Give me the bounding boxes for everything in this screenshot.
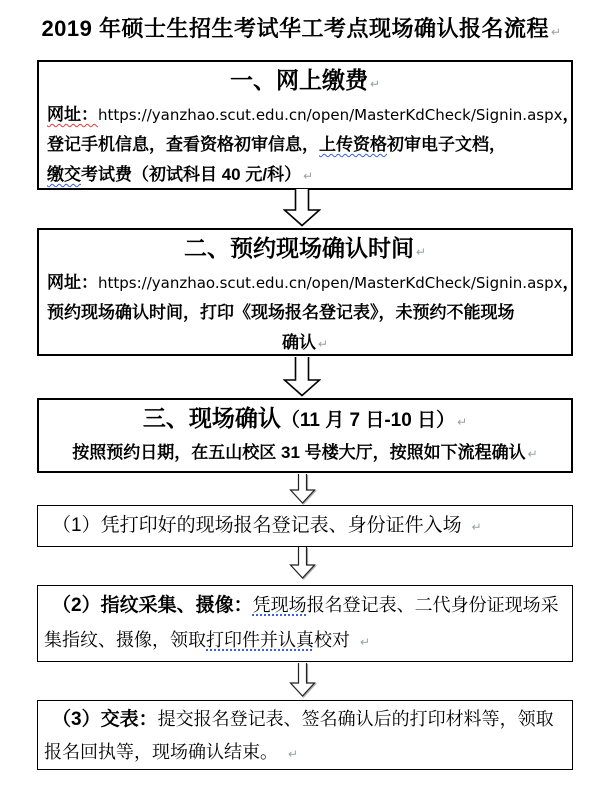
paragraph-mark-icon: ↵ — [416, 236, 426, 268]
substep3-lead: （3）交表： — [52, 709, 158, 730]
down-arrow-icon — [289, 547, 317, 584]
step3-body: 按照预约日期，在五山校区 31 号楼大厅，按照如下流程确认↵ — [39, 439, 571, 468]
down-arrow-icon — [283, 357, 321, 402]
paragraph-mark-icon: ↵ — [303, 161, 313, 191]
paragraph-mark-icon: ↵ — [457, 405, 467, 439]
step2-body-line2: 预约现场确认时间，打印《现场报名登记表》，未预约不能现场 — [39, 298, 571, 328]
substep2-text: （2）指纹采集、摄像：凭现场报名登记表、二代身份证现场采集指纹、摄像，领取打印件… — [38, 586, 572, 659]
step1-heading: 一、网上缴费↵ — [39, 64, 571, 100]
substep3-seg-a: 提交报名登记表、签名确认后的打印材料等，领 — [158, 709, 536, 729]
substep-box-submit-form: （3）交表：提交报名登记表、签名确认后的打印材料等，领取报名回执等，现场确认结束… — [37, 700, 573, 770]
spellcheck-flagged-text: 缴交 — [47, 165, 81, 184]
paragraph-mark-icon: ↵ — [464, 516, 482, 538]
grammar-flagged-text: 凭现场 — [253, 595, 307, 615]
paragraph-mark-icon: ↵ — [370, 68, 380, 100]
substep2-seg-c: 校对 — [314, 630, 350, 650]
substep-box-entry: （1）凭打印好的现场报名登记表、身份证件入场↵ — [37, 505, 573, 547]
step3-heading-text: 三、现场确认 — [143, 405, 281, 431]
substep2-seg-a: 报名登记表、二代身份证现场 — [307, 595, 541, 615]
step2-line3-text: 确认 — [282, 333, 316, 352]
page-title-text: 2019 年硕士生招生考试华工考点现场确认报名流程 — [41, 16, 549, 41]
grammar-flagged-text: 打印件并认真 — [206, 630, 314, 650]
registration-url: https://yanzhao.scut.edu.cn/open/MasterK… — [98, 106, 562, 124]
step1-line3-text: 考试费（初试科目 40 元/科） — [81, 165, 301, 184]
substep1-text-line: （1）凭打印好的现场报名登记表、身份证件入场↵ — [38, 515, 488, 538]
step2-heading-text: 二、预约现场确认时间 — [184, 235, 414, 261]
step1-line2-text: 登记手机信息，查看资格初审信息， — [47, 135, 319, 154]
down-arrow-icon — [283, 189, 321, 232]
step1-line2-rest: 初审电子文档， — [387, 135, 506, 154]
step2-body-line3: 确认↵ — [39, 328, 571, 359]
paragraph-mark-icon: ↵ — [352, 625, 370, 659]
substep1-text: （1）凭打印好的现场报名登记表、身份证件入场 — [52, 515, 462, 536]
substep-box-fingerprint-photo: （2）指纹采集、摄像：凭现场报名登记表、二代身份证现场采集指纹、摄像，领取打印件… — [37, 585, 573, 662]
paragraph-mark-icon: ↵ — [528, 440, 538, 468]
page-title: 2019 年硕士生招生考试华工考点现场确认报名流程↵ — [0, 12, 603, 43]
url-label: 网址： — [47, 273, 98, 292]
paragraph-mark-icon: ↵ — [280, 738, 298, 770]
step3-body-text: 按照预约日期，在五山校区 31 号楼大厅，按照如下流程确认 — [72, 443, 525, 462]
step-box-onsite-confirmation: 三、现场确认（11 月 7 日-10 日）↵ 按照预约日期，在五山校区 31 号… — [37, 398, 573, 473]
registration-url: https://yanzhao.scut.edu.cn/open/MasterK… — [98, 274, 562, 292]
paragraph-mark-icon: ↵ — [551, 25, 562, 39]
step1-body-line2: 登记手机信息，查看资格初审信息，上传资格初审电子文档， — [39, 130, 571, 160]
step2-heading: 二、预约现场确认时间↵ — [39, 232, 571, 268]
comma: ， — [562, 273, 579, 292]
step3-heading-date: （11 月 7 日-10 日） — [281, 410, 455, 431]
down-arrow-icon — [289, 663, 317, 702]
url-label: 网址： — [47, 105, 98, 124]
step1-heading-text: 一、网上缴费 — [230, 67, 368, 93]
substep3-text: （3）交表：提交报名登记表、签名确认后的打印材料等，领取报名回执等，现场确认结束… — [38, 701, 572, 770]
spellcheck-flagged-text: 上传资格 — [319, 135, 387, 154]
document-page: 2019 年硕士生招生考试华工考点现场确认报名流程↵ 一、网上缴费↵ 网址：ht… — [0, 0, 603, 788]
step2-url-line: 网址：https://yanzhao.scut.edu.cn/open/Mast… — [39, 268, 571, 298]
paragraph-mark-icon: ↵ — [318, 329, 328, 359]
step3-heading: 三、现场确认（11 月 7 日-10 日）↵ — [39, 401, 571, 439]
comma: ， — [562, 105, 579, 124]
substep2-lead: （2）指纹采集、摄像： — [52, 595, 253, 616]
down-arrow-icon — [289, 474, 317, 509]
step1-url-line: 网址：https://yanzhao.scut.edu.cn/open/Mast… — [39, 100, 571, 130]
step-box-online-payment: 一、网上缴费↵ 网址：https://yanzhao.scut.edu.cn/o… — [37, 60, 573, 190]
step-box-reserve-time: 二、预约现场确认时间↵ 网址：https://yanzhao.scut.edu.… — [37, 228, 573, 356]
step1-body-line3: 缴交考试费（初试科目 40 元/科）↵ — [39, 160, 571, 191]
step2-line2-text: 预约现场确认时间，打印《现场报名登记表》，未预约不能现场 — [47, 303, 515, 322]
